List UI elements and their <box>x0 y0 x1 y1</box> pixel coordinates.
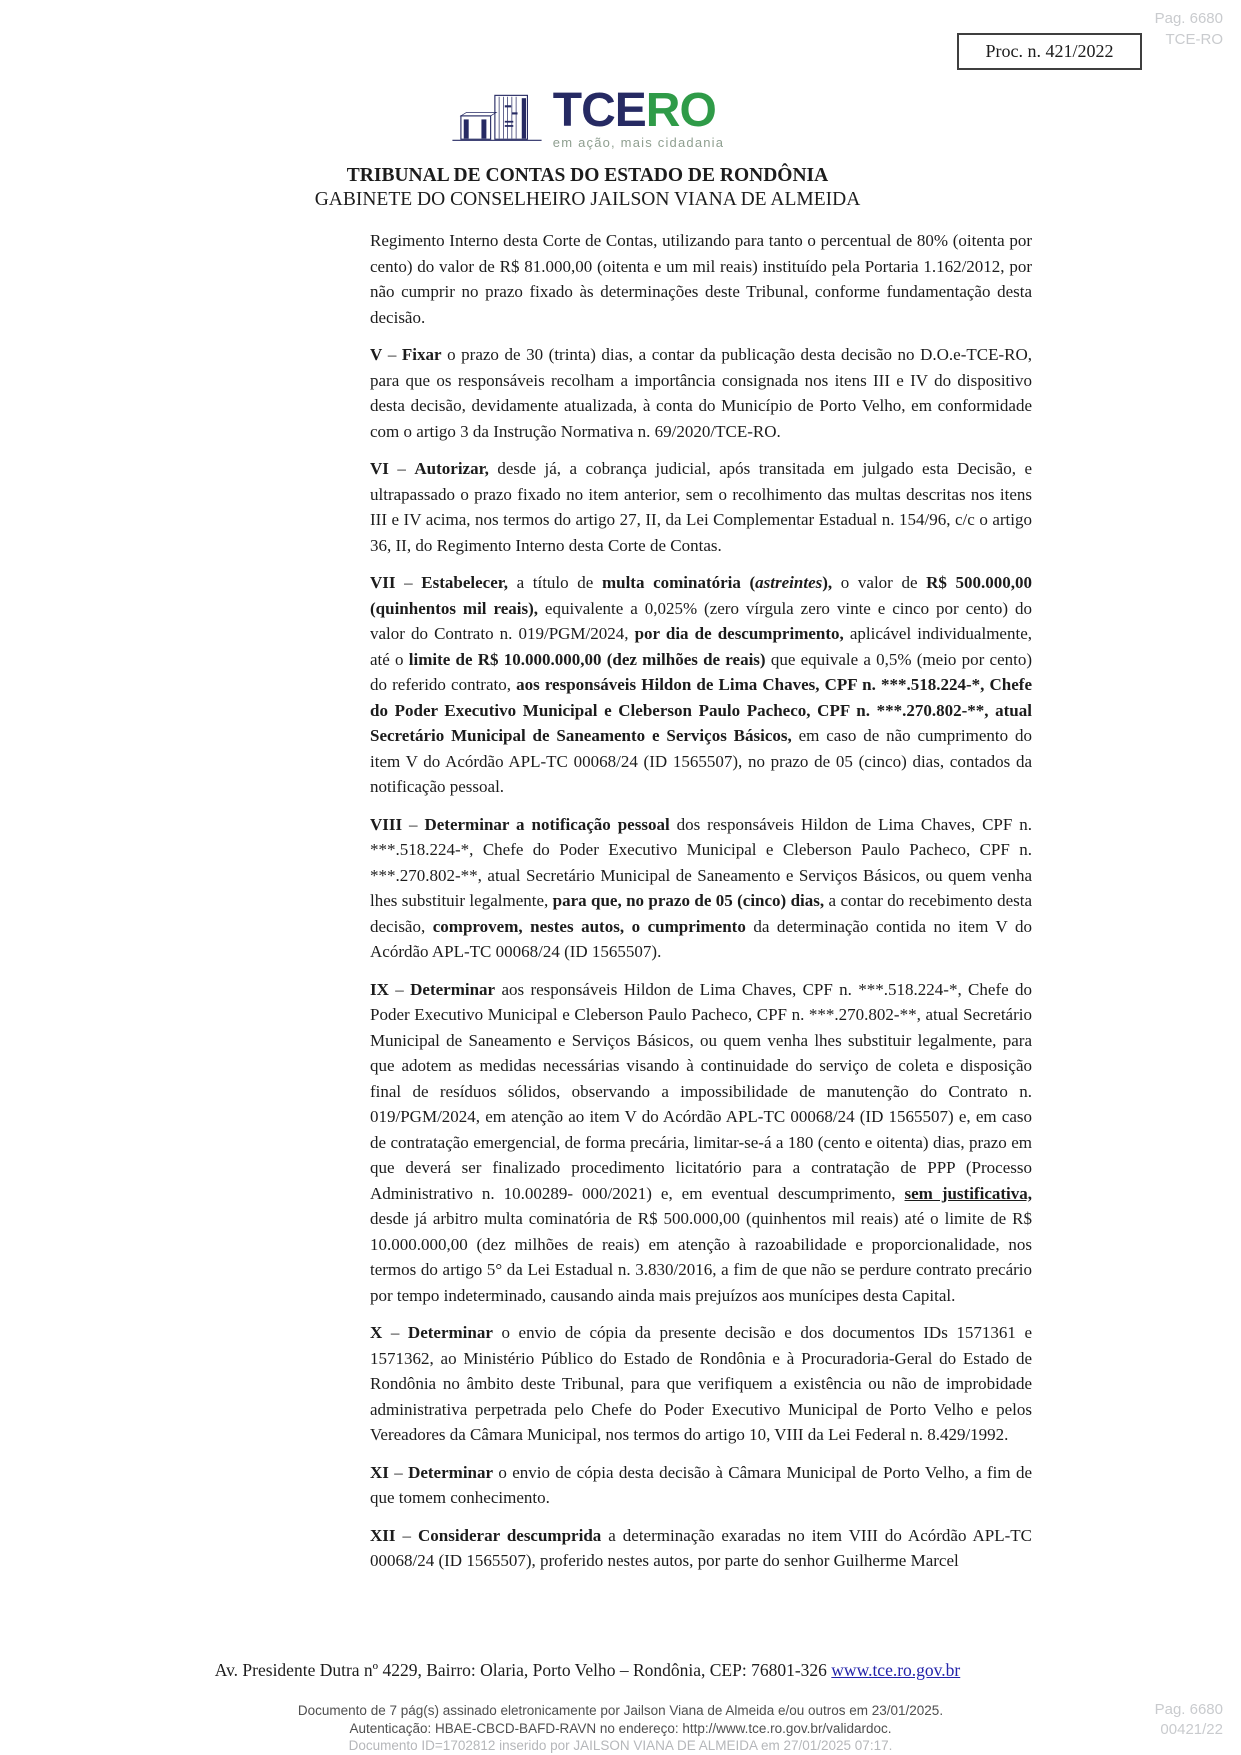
paragraph: VI – Autorizar, desde já, a cobrança jud… <box>370 456 1032 558</box>
page-number-top: Pag. 6680 <box>1155 8 1223 29</box>
paragraph: VIII – Determinar a notificação pessoal … <box>370 812 1032 965</box>
page-stamp-top: Pag. 6680 TCE-RO <box>1155 8 1223 50</box>
website-link[interactable]: www.tce.ro.gov.br <box>831 1660 960 1680</box>
page-stamp-bottom: Pag. 6680 00421/22 <box>1155 1700 1223 1740</box>
process-number-box: Proc. n. 421/2022 <box>957 33 1142 70</box>
page-number-bottom: Pag. 6680 <box>1155 1700 1223 1720</box>
logo-tce-text: TCE <box>553 84 646 137</box>
signature-line-2: Autenticação: HBAE-CBCD-BAFD-RAVN no end… <box>0 1720 1241 1738</box>
court-title: TRIBUNAL DE CONTAS DO ESTADO DE RONDÔNIA <box>0 164 1175 188</box>
document-body: Regimento Interno desta Corte de Contas,… <box>370 228 1032 1586</box>
paragraph: X – Determinar o envio de cópia da prese… <box>370 1320 1032 1448</box>
signature-line-3: Documento ID=1702812 inserido por JAILSO… <box>0 1737 1241 1755</box>
paragraph: Regimento Interno desta Corte de Contas,… <box>370 228 1032 330</box>
paragraph: V – Fixar o prazo de 30 (trinta) dias, a… <box>370 342 1032 444</box>
logo-ro-text: RO <box>646 84 716 137</box>
logo-text: TCERO em ação, mais cidadania <box>553 89 724 150</box>
tcero-logo: TCERO em ação, mais cidadania <box>451 86 724 150</box>
paragraph: VII – Estabelecer, a título de multa com… <box>370 570 1032 800</box>
address-text: Av. Presidente Dutra nº 4229, Bairro: Ol… <box>215 1660 832 1680</box>
paragraph: IX – Determinar aos responsáveis Hildon … <box>370 977 1032 1309</box>
logo-wordmark: TCERO <box>553 89 716 133</box>
document-page: Pag. 6680 TCE-RO Proc. n. 421/2022 <box>0 0 1241 1755</box>
signature-line-1: Documento de 7 pág(s) assinado eletronic… <box>0 1702 1241 1720</box>
document-header: TRIBUNAL DE CONTAS DO ESTADO DE RONDÔNIA… <box>0 164 1175 212</box>
logo-tagline: em ação, mais cidadania <box>553 135 724 150</box>
process-short-number: 00421/22 <box>1155 1720 1223 1740</box>
cabinet-subtitle: GABINETE DO CONSELHEIRO JAILSON VIANA DE… <box>0 188 1175 212</box>
signature-block: Documento de 7 pág(s) assinado eletronic… <box>0 1702 1241 1755</box>
tcero-building-icon <box>451 86 543 150</box>
process-number: Proc. n. 421/2022 <box>986 41 1114 62</box>
footer-address: Av. Presidente Dutra nº 4229, Bairro: Ol… <box>0 1660 1175 1681</box>
paragraph: XII – Considerar descumprida a determina… <box>370 1523 1032 1574</box>
paragraph: XI – Determinar o envio de cópia desta d… <box>370 1460 1032 1511</box>
logo-row: TCERO em ação, mais cidadania <box>0 86 1175 150</box>
court-abbrev-top: TCE-RO <box>1155 29 1223 50</box>
